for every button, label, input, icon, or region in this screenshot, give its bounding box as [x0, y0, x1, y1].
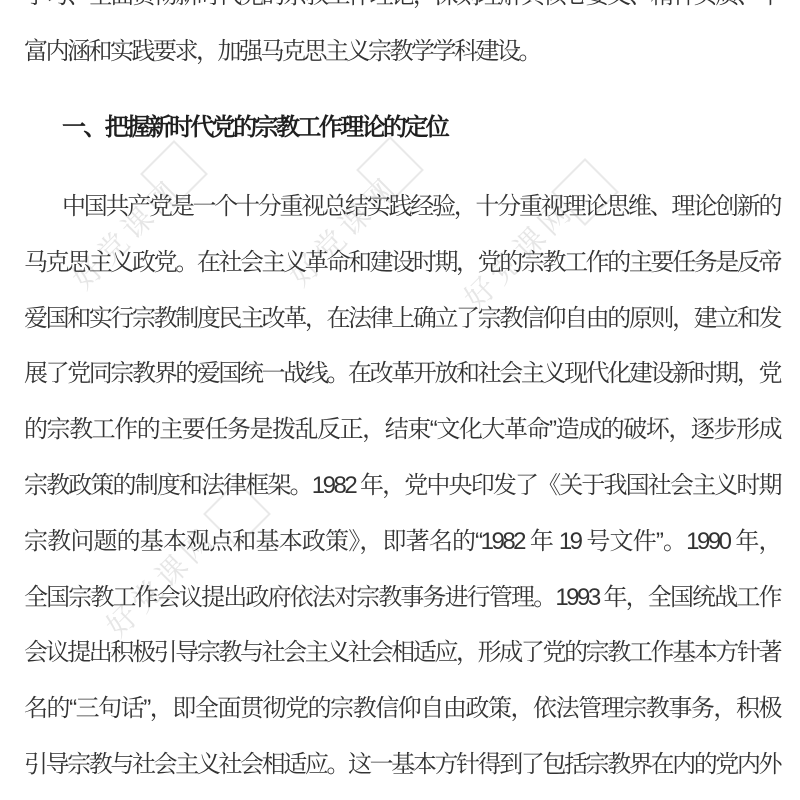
section-heading: 一、把握新时代党的宗教工作理论的定位 [62, 115, 447, 141]
text-line: 名的“三句话”，即全面贯彻党的宗教信仰自由政策，依法管理宗教事务，积极 [24, 681, 780, 737]
text-line: 会议提出积极引导宗教与社会主义社会相适应，形成了党的宗教工作基本方针著 [24, 625, 780, 681]
text-line: 宗教问题的基本观点和基本政策》，即著名的“1982 年 19 号文件”。1990… [24, 514, 780, 570]
paragraph-body: 中国共产党是一个十分重视总结实践经验，十分重视理论思维、理论创新的 马克思主义政… [24, 179, 780, 793]
text-line: 的宗教工作的主要任务是拨乱反正，结束“文化大革命”造成的破坏，逐步形成 [24, 402, 780, 458]
text-line: 爱国和实行宗教制度民主改革，在法律上确立了宗教信仰自由的原则，建立和发 [24, 291, 780, 347]
text-line: 引导宗教与社会主义社会相适应。这一基本方针得到了包括宗教界在内的党内外 [24, 737, 780, 793]
text-line: 马克思主义政党。在社会主义革命和建设时期，党的宗教工作的主要任务是反帝 [24, 235, 780, 291]
document-page: 好党课网 好党课网 好党课网 好党课网 学习、全面贯彻新时代党的宗教工作理论，深… [0, 0, 800, 800]
text-line: 展了党同宗教界的爱国统一战线。在改革开放和社会主义现代化建设新时期，党 [24, 346, 780, 402]
text-line-paragraph-end: 富内涵和实践要求，加强马克思主义宗教学学科建设。 [24, 24, 780, 80]
text-line: 全国宗教工作会议提出政府依法对宗教事务进行管理。1993 年，全国统战工作 [24, 570, 780, 626]
text-line: 中国共产党是一个十分重视总结实践经验，十分重视理论思维、理论创新的 [24, 179, 780, 235]
text-line: 宗教政策的制度和法律框架。1982 年，党中央印发了《关于我国社会主义时期 [24, 458, 780, 514]
text-line-clipped-top: 学习、全面贯彻新时代党的宗教工作理论，深刻理解其核心要义、精神实质、丰 [24, 0, 780, 24]
